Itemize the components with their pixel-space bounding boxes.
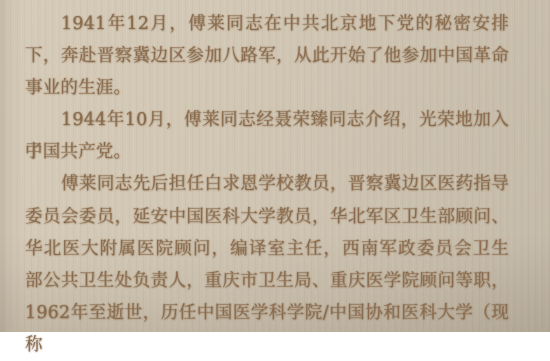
text-line: 中国共产党。: [25, 136, 509, 168]
text-line: 1944年10月，傅莱同志经聂荣臻同志介绍，光荣地加入了: [25, 104, 509, 136]
text-line: 1941年12月，傅莱同志在中共北京地下党的秘密安排: [25, 8, 509, 40]
text-line: 1962年至逝世，历任中国医学科学院/中国协和医科大学（现称: [25, 297, 509, 329]
text-line: 部公共卫生处负责人，重庆市卫生局、重庆医学院顾问等职，: [25, 265, 509, 297]
book-page-photo: 1941年12月，傅莱同志在中共北京地下党的秘密安排 下，奔赴晋察冀边区参加八路…: [0, 0, 550, 332]
text-line: 华北医大附属医院顾问，编译室主任，西南军政委员会卫生: [25, 233, 509, 265]
text-line: 事业的生涯。: [25, 72, 509, 104]
text-line: 下，奔赴晋察冀边区参加八路军，从此开始了他参加中国革命: [25, 40, 509, 72]
text-line: 委员会委员，延安中国医科大学教员，华北军区卫生部顾问、: [25, 201, 509, 233]
body-text: 1941年12月，傅莱同志在中共北京地下党的秘密安排 下，奔赴晋察冀边区参加八路…: [25, 8, 509, 329]
text-line: 傅莱同志先后担任白求恩学校教员，晋察冀边区医药指导: [25, 168, 509, 200]
